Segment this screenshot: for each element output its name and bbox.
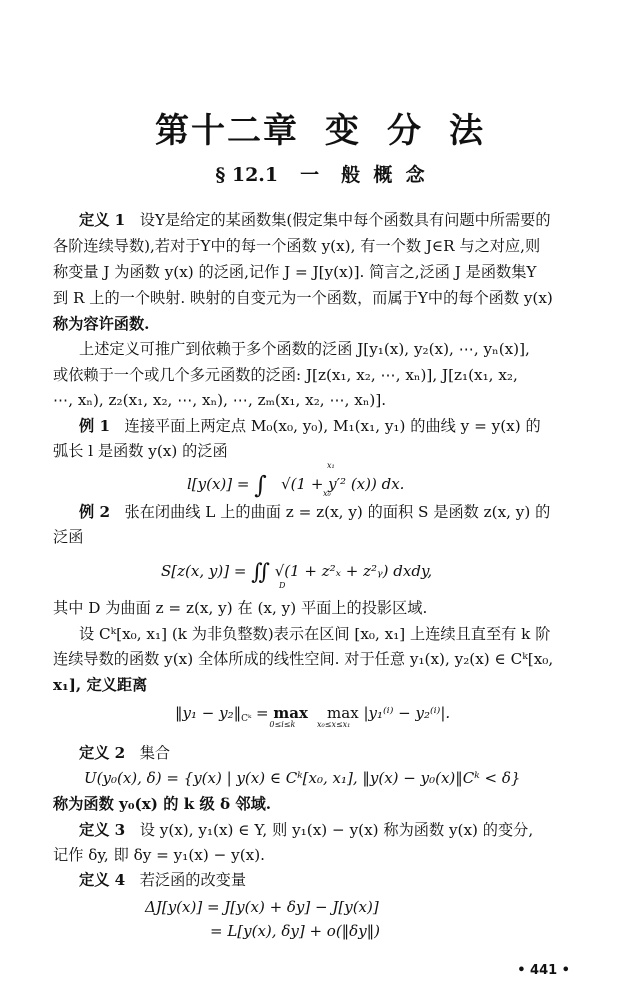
paragraph-line: 称变量 J 为函数 y(x) 的泛函,记作 J = J[y(x)]. 简言之,泛… xyxy=(53,262,536,282)
example-2-label: 例 2 xyxy=(79,503,110,521)
section-title-char: 念 xyxy=(406,164,425,186)
paragraph-line: 称为函数 y₀(x) 的 k 级 δ 邻域. xyxy=(53,794,271,814)
section-title-char: 一 xyxy=(300,164,319,186)
max-operator-2: maxx₀≤x≤x₁ xyxy=(327,704,359,722)
integral-sign: ∫ xyxy=(254,471,267,499)
definition-4-label: 定义 4 xyxy=(79,871,125,889)
paragraph-line: 上述定义可推广到依赖于多个函数的泛函 J[y₁(x), y₂(x), ⋯, yₙ… xyxy=(79,339,530,359)
paragraph-line: 到 R 上的一个映射. 映射的自变元为一个函数，而属于Y中的每个函数 y(x) xyxy=(53,288,553,308)
section-title-char: 般 xyxy=(341,164,360,186)
paragraph-line: 弧长 l 是函数 y(x) 的泛函 xyxy=(53,441,228,461)
definition-1-line: 定义 1 设Y是给定的某函数集(假定集中每个函数具有问题中所需要的 xyxy=(79,210,551,230)
paragraph-line: 记作 δy, 即 δy = y₁(x) − y(x). xyxy=(53,845,265,865)
max-operator-1: max0≤i≤k xyxy=(273,704,308,722)
equation-integrand: √(1 + y′² (x)) dx. xyxy=(281,475,404,493)
section-heading: § 12.1一般 概 念 xyxy=(0,160,640,187)
chapter-title-char: 法 xyxy=(449,111,485,151)
paragraph-line: 其中 D 为曲面 z = z(x, y) 在 (x, y) 平面上的投影区域. xyxy=(53,598,427,618)
equation-lhs: ‖y₁ − y₂‖ xyxy=(175,704,241,722)
paragraph-line: 各阶连续导数),若对于Y中的每一个函数 y(x), 有一个数 J∈R 与之对应,… xyxy=(53,236,540,256)
definition-3-label: 定义 3 xyxy=(79,821,125,839)
definition-1-label: 定义 1 xyxy=(79,211,125,229)
equation-lhs: l[y(x)] = xyxy=(187,475,249,493)
integral-lower-limit: x₀ xyxy=(323,489,331,498)
functional-increment-equation-line-1: ΔJ[y(x)] = J[y(x) + δy] − J[y(x)] xyxy=(145,898,379,916)
max-subscript: x₀≤x≤x₁ xyxy=(317,720,350,729)
integral-region-label: D xyxy=(279,581,285,590)
paragraph-text: 设 y(x), y₁(x) ∈ Y, 则 y₁(x) − y(x) 称为函数 y… xyxy=(140,821,533,839)
paragraph-line: 泛函 xyxy=(53,527,83,547)
paragraph-text: 集合 xyxy=(140,744,170,762)
surface-area-equation: S[z(x, y)] = ∬ D √(1 + z²ₓ + z²ᵧ) dxdy, xyxy=(161,557,432,582)
definition-3-line: 定义 3 设 y(x), y₁(x) ∈ Y, 则 y₁(x) − y(x) 称… xyxy=(79,820,533,840)
section-title-char: 概 xyxy=(373,164,392,186)
chapter-number: 第十二章 xyxy=(155,111,299,151)
paragraph-text: 连接平面上两定点 M₀(x₀, y₀), M₁(x₁, y₁) 的曲线 y = … xyxy=(125,417,541,435)
norm-subscript: Cᵏ xyxy=(241,714,251,724)
paragraph-text: 张在闭曲线 L 上的曲面 z = z(x, y) 的面积 S 是函数 z(x, … xyxy=(125,503,551,521)
distance-equation: ‖y₁ − y₂‖Cᵏ = max0≤i≤k maxx₀≤x≤x₁ |y₁⁽ⁱ⁾… xyxy=(175,704,450,724)
functional-increment-equation-line-2: = L[y(x), δy] + o(‖δy‖) xyxy=(210,922,380,940)
max-subscript: 0≤i≤k xyxy=(269,720,295,729)
example-1-label: 例 1 xyxy=(79,417,110,435)
arc-length-equation: l[y(x)] = ∫ x₁ x₀ √(1 + y′² (x)) dx. xyxy=(187,467,404,495)
example-2-line: 例 2 张在闭曲线 L 上的曲面 z = z(x, y) 的面积 S 是函数 z… xyxy=(79,502,550,522)
definition-4-line: 定义 4 若泛函的改变量 xyxy=(79,870,246,890)
paragraph-line: 设 Cᵏ[x₀, x₁] (k 为非负整数)表示在区间 [x₀, x₁] 上连续… xyxy=(79,624,550,644)
chapter-title-char: 变 xyxy=(325,111,361,151)
equals-sign: = xyxy=(256,704,269,722)
paragraph-text: 设Y是给定的某函数集(假定集中每个函数具有问题中所需要的 xyxy=(140,211,551,229)
chapter-title-char: 分 xyxy=(387,111,423,151)
paragraph-line: x₁], 定义距离 xyxy=(53,675,147,695)
equation-integrand: √(1 + z²ₓ + z²ᵧ) dxdy, xyxy=(275,562,433,580)
paragraph-line: 称为容许函数. xyxy=(53,314,149,334)
equation-rhs: |y₁⁽ⁱ⁾ − y₂⁽ⁱ⁾|. xyxy=(363,704,450,722)
section-number: § 12.1 xyxy=(215,164,278,186)
example-1-line: 例 1 连接平面上两定点 M₀(x₀, y₀), M₁(x₁, y₁) 的曲线 … xyxy=(79,416,541,436)
integral-upper-limit: x₁ xyxy=(327,461,335,470)
page-number: • 441 • xyxy=(517,963,570,978)
paragraph-line: 连续导数的函数 y(x) 全体所成的线性空间. 对于任意 y₁(x), y₂(x… xyxy=(53,649,553,669)
definition-2-line: 定义 2 集合 xyxy=(79,743,170,763)
paragraph-line: ⋯, xₙ), z₂(x₁, x₂, ⋯, xₙ), ⋯, zₘ(x₁, x₂,… xyxy=(53,390,386,410)
chapter-title: 第十二章变分法 xyxy=(0,103,640,152)
equation-lhs: S[z(x, y)] = xyxy=(161,562,246,580)
paragraph-line: 或依赖于一个或几个多元函数的泛函: J[z(x₁, x₂, ⋯, xₙ)], J… xyxy=(53,365,518,385)
double-integral-sign: ∬ xyxy=(251,560,270,585)
neighborhood-equation: U(y₀(x), δ) = {y(x) | y(x) ∈ Cᵏ[x₀, x₁],… xyxy=(84,769,520,787)
paragraph-text: 若泛函的改变量 xyxy=(140,871,246,889)
definition-2-label: 定义 2 xyxy=(79,744,125,762)
